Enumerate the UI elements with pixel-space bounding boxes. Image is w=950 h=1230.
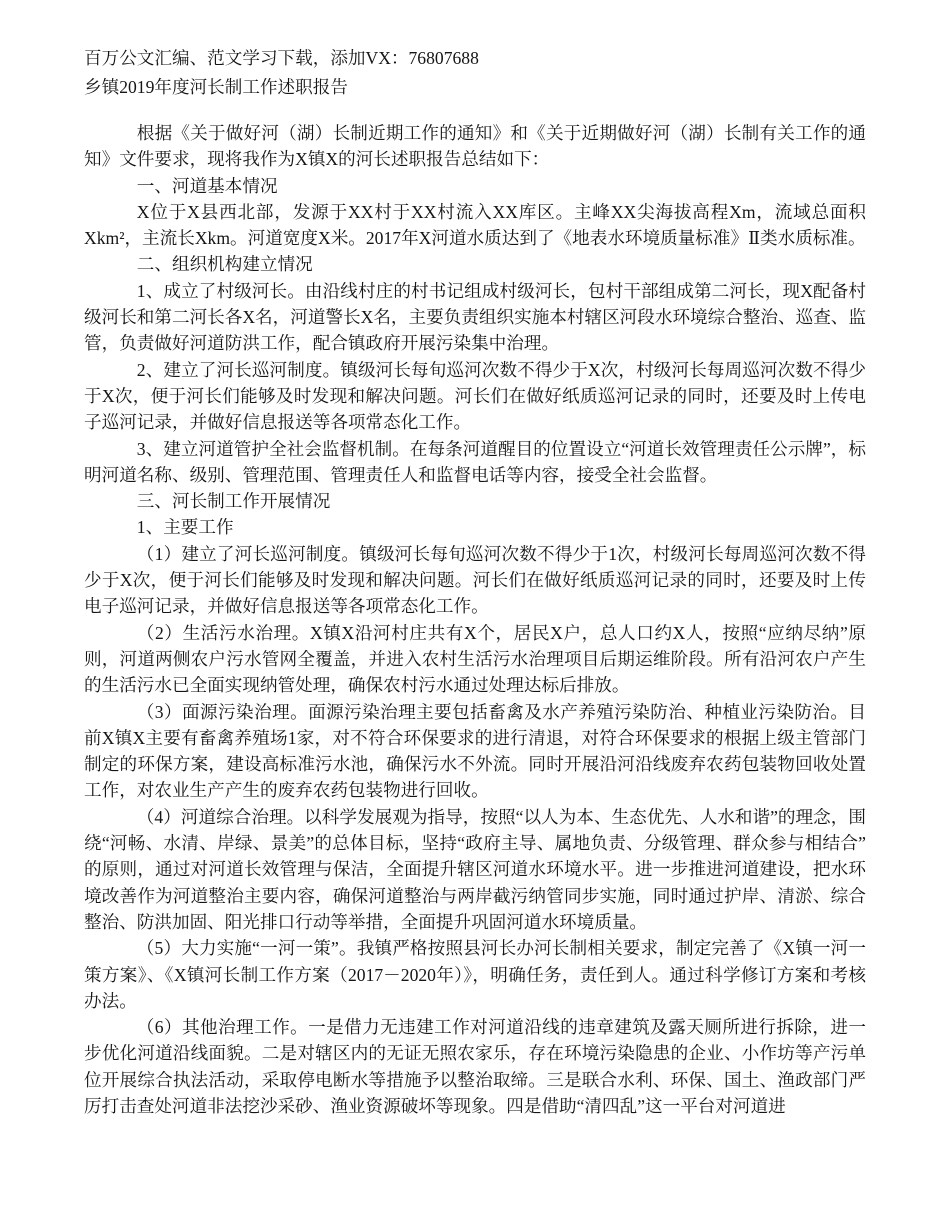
paragraph: （5）大力实施“一河一策”。我镇严格按照县河长办河长制相关要求，制定完善了《X镇… xyxy=(84,935,866,1014)
paragraph: （3）面源污染治理。面源污染治理主要包括畜禽及水产养殖污染防治、种植业污染防治。… xyxy=(84,699,866,804)
document-body: 根据《关于做好河（湖）长制近期工作的通知》和《关于近期做好河（湖）长制有关工作的… xyxy=(84,120,866,1119)
paragraph: 三、河长制工作开展情况 xyxy=(84,488,866,514)
document-content: 百万公文汇编、范文学习下载，添加VX：76807688 乡镇2019年度河长制工… xyxy=(84,44,866,1119)
paragraph: 二、组织机构建立情况 xyxy=(84,251,866,277)
paragraph: （2）生活污水治理。X镇X沿河村庄共有X个，居民X户，总人口约X人，按照“应纳尽… xyxy=(84,620,866,699)
paragraph: 2、建立了河长巡河制度。镇级河长每旬巡河次数不得少于X次，村级河长每周巡河次数不… xyxy=(84,357,866,436)
document-header: 百万公文汇编、范文学习下载，添加VX：76807688 乡镇2019年度河长制工… xyxy=(84,44,866,102)
paragraph: （6）其他治理工作。一是借力无违建工作对河道沿线的违章建筑及露天厕所进行拆除，进… xyxy=(84,1014,866,1119)
paragraph: （4）河道综合治理。以科学发展观为指导，按照“以人为本、生态优先、人水和谐”的理… xyxy=(84,804,866,935)
paragraph: 3、建立河道管护全社会监督机制。在每条河道醒目的位置设立“河道长效管理责任公示牌… xyxy=(84,436,866,489)
paragraph: （1）建立了河长巡河制度。镇级河长每旬巡河次数不得少于1次，村级河长每周巡河次数… xyxy=(84,541,866,620)
paragraph: X位于X县西北部，发源于XX村于XX村流入XX库区。主峰XX尖海拔高程Xm，流域… xyxy=(84,199,866,252)
paragraph: 一、河道基本情况 xyxy=(84,173,866,199)
promo-line: 百万公文汇编、范文学习下载，添加VX：76807688 xyxy=(84,44,866,73)
paragraph: 1、主要工作 xyxy=(84,514,866,540)
paragraph: 1、成立了村级河长。由沿线村庄的村书记组成村级河长，包村干部组成第二河长，现X配… xyxy=(84,278,866,357)
paragraph: 根据《关于做好河（湖）长制近期工作的通知》和《关于近期做好河（湖）长制有关工作的… xyxy=(84,120,866,173)
document-title: 乡镇2019年度河长制工作述职报告 xyxy=(84,73,866,102)
document-page: 百万公文汇编、范文学习下载，添加VX：76807688 乡镇2019年度河长制工… xyxy=(0,0,950,1230)
